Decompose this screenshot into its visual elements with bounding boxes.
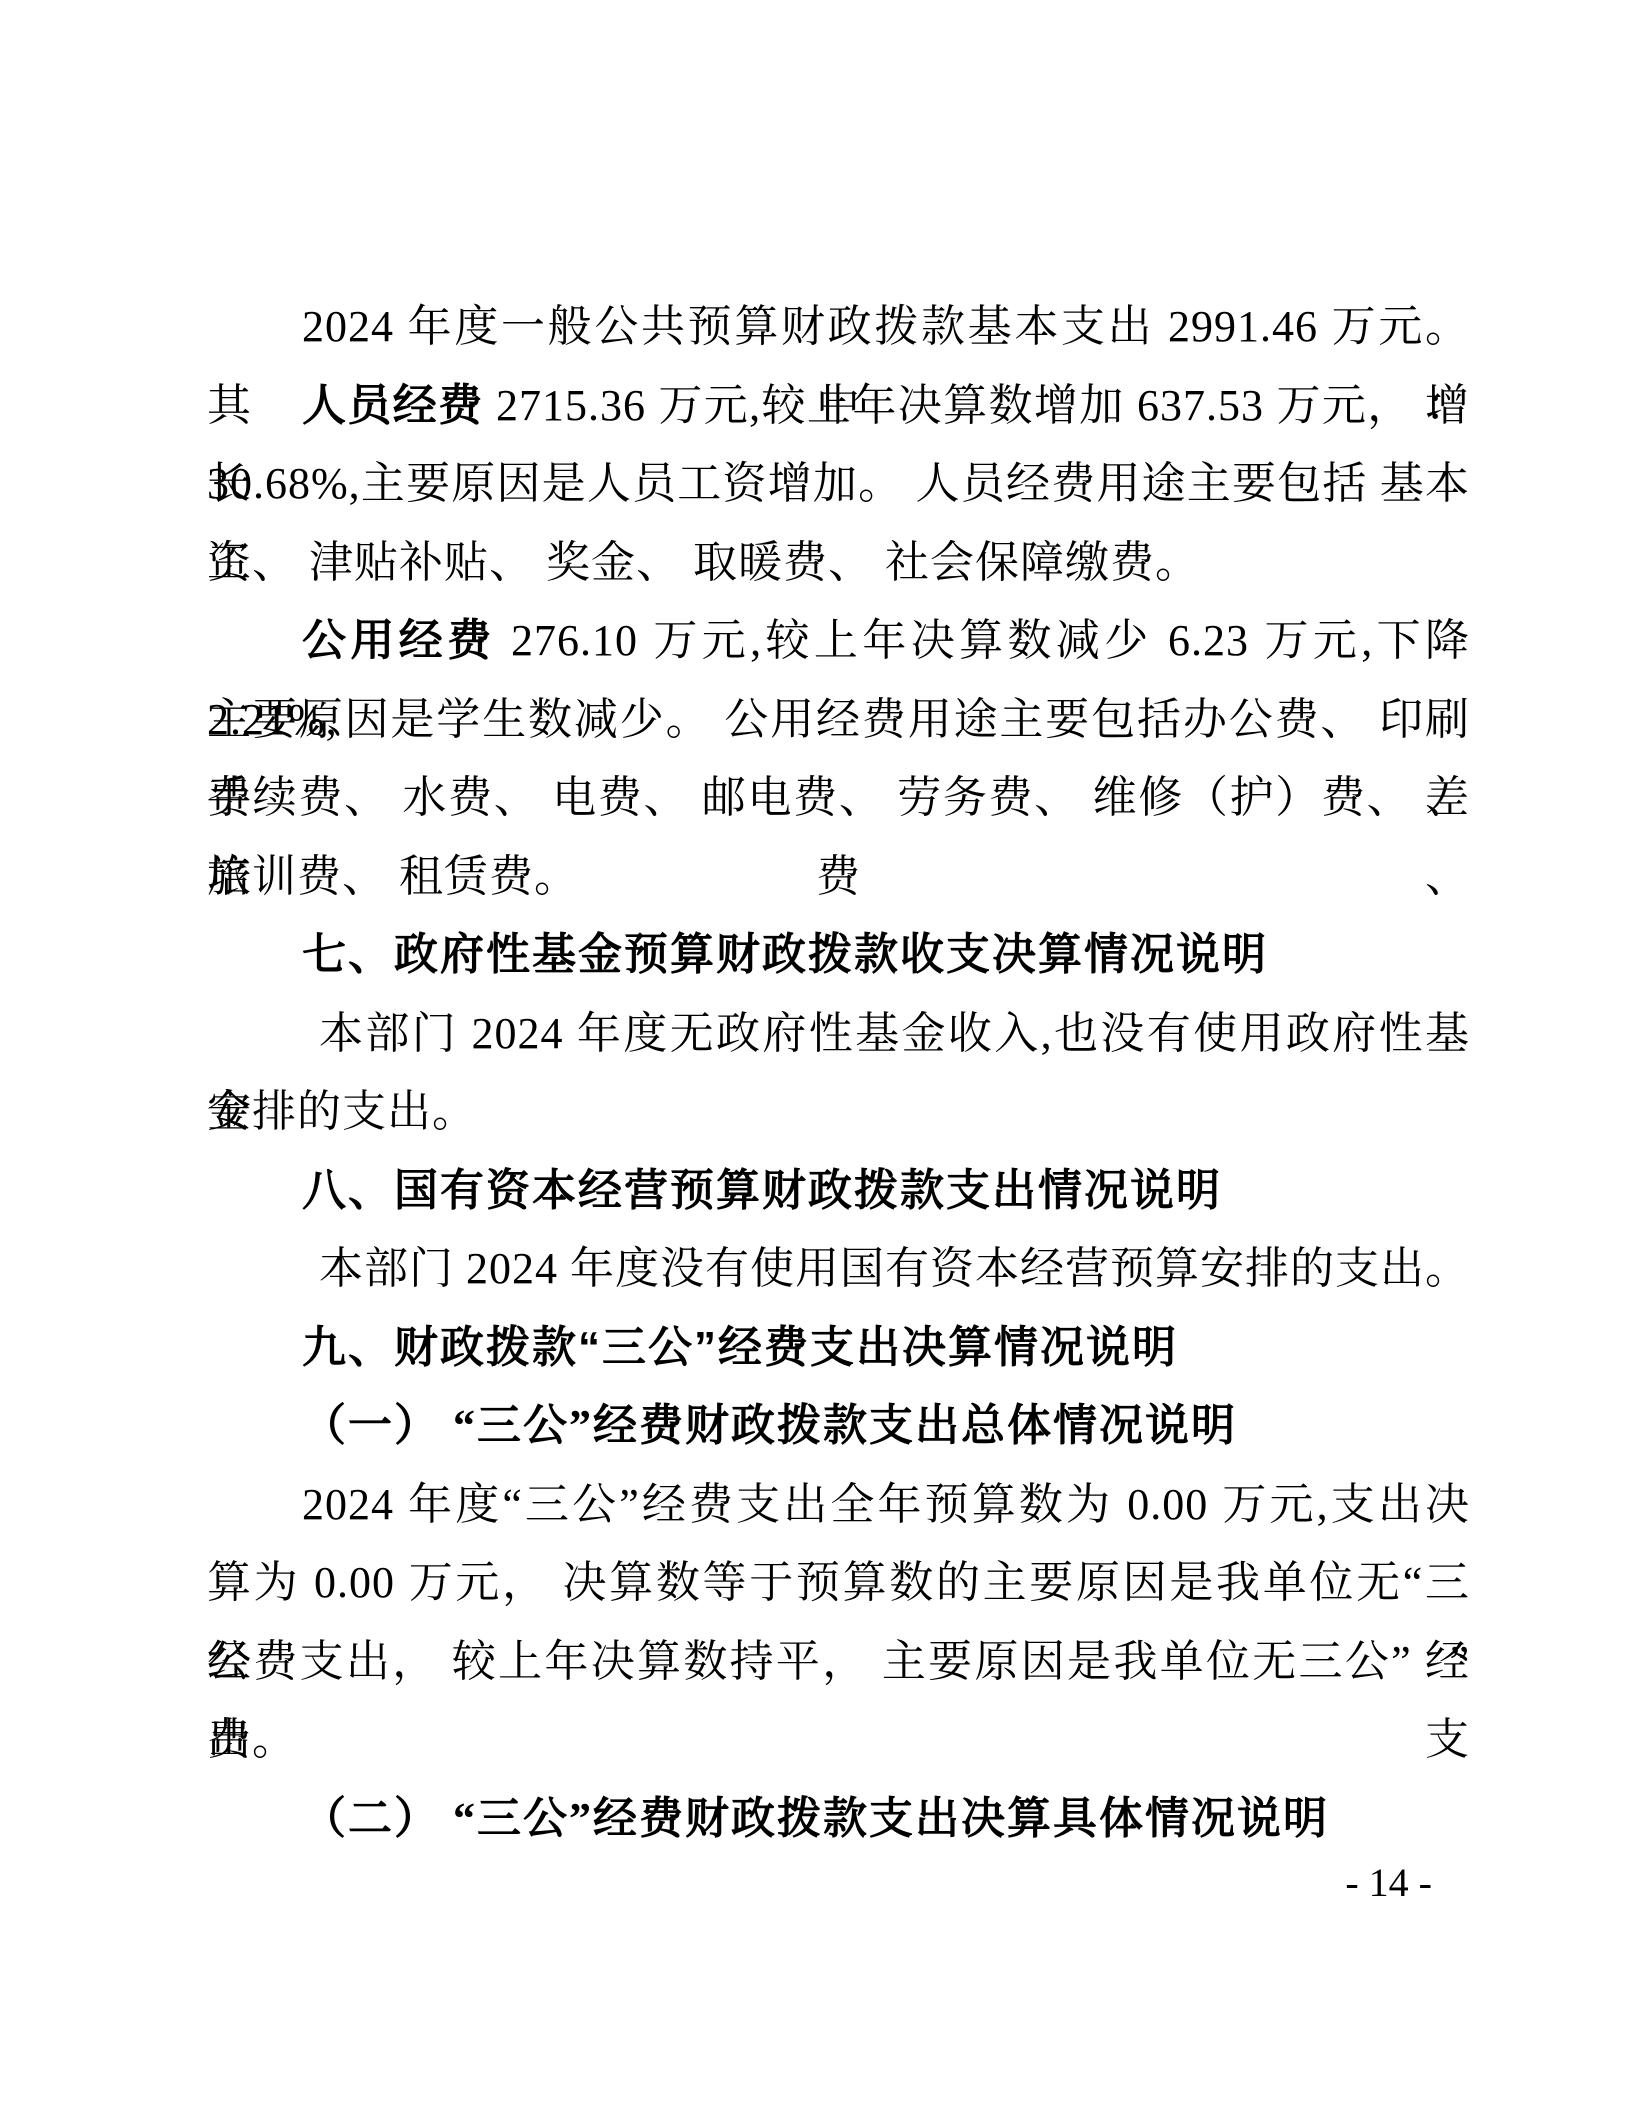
body-line: 资、 津贴补贴、 奖金、 取暖费、 社会保障缴费。 [207, 524, 1470, 603]
body-line: 手续费、 水费、 电费、 邮电费、 劳务费、 维修（护）费、 差旅费、 [207, 759, 1470, 838]
section-heading-9: 九、财政拨款“三公”经费支出决算情况说明 [207, 1309, 1470, 1388]
page-number: - 14 - [1345, 1858, 1432, 1908]
bold-run: 人员经费 [302, 381, 484, 430]
section-heading-8: 八、国有资本经营预算财政拨款支出情况说明 [207, 1152, 1470, 1231]
document-page: 2024 年度一般公共预算财政拨款基本支出 2991.46 万元。其中： 人员经… [0, 0, 1632, 2112]
body-line: 安排的支出。 [207, 1073, 1470, 1152]
sub-heading-1: （一） “三公”经费财政拨款支出总体情况说明 [207, 1387, 1470, 1466]
bold-run: 公用经费 [302, 616, 496, 665]
body-line: 经费支出， 较上年决算数持平， 主要原因是我单位无三公” 经费支 [207, 1623, 1470, 1702]
body-line: 主要原因是学生数减少。 公用经费用途主要包括办公费、 印刷费、 [207, 681, 1470, 760]
body-line: 本部门 2024 年度无政府性基金收入,也没有使用政府性基金 [207, 995, 1470, 1074]
body-line: 30.68%,主要原因是人员工资增加。 人员经费用途主要包括 基本工 [207, 445, 1470, 524]
sub-heading-2: （二） “三公”经费财政拨款支出决算具体情况说明 [207, 1780, 1470, 1859]
body-line: 公用经费 276.10 万元,较上年决算数减少 6.23 万元,下降 2.21%… [207, 602, 1470, 681]
body-line: 人员经费 2715.36 万元,较上年决算数增加 637.53 万元， 增长 [207, 367, 1470, 446]
section-heading-7: 七、政府性基金预算财政拨款收支决算情况说明 [207, 916, 1470, 995]
body-line: 2024 年度“三公”经费支出全年预算数为 0.00 万元,支出决 [207, 1466, 1470, 1545]
body-line: 算为 0.00 万元， 决算数等于预算数的主要原因是我单位无“三公” [207, 1544, 1470, 1623]
body-line: 2024 年度一般公共预算财政拨款基本支出 2991.46 万元。其中： [207, 288, 1470, 367]
document-body: 2024 年度一般公共预算财政拨款基本支出 2991.46 万元。其中： 人员经… [207, 288, 1470, 1858]
body-line: 本部门 2024 年度没有使用国有资本经营预算安排的支出。 [207, 1230, 1470, 1309]
